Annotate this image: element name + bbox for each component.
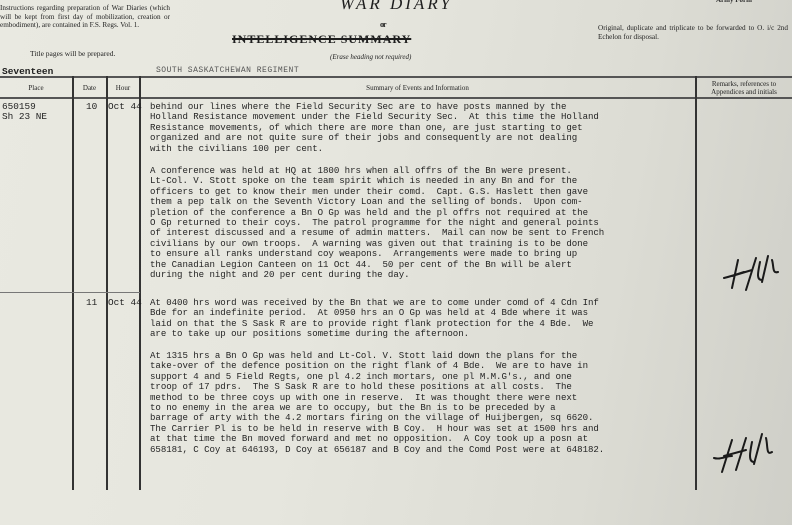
col-header-date: Date bbox=[73, 78, 106, 98]
col-divider-place bbox=[72, 76, 74, 490]
erase-note: (Erase heading not required) bbox=[330, 53, 411, 61]
entry-date: 11 bbox=[86, 298, 97, 308]
title-pages-note: Title pages will be prepared. bbox=[30, 49, 115, 58]
entry-month-year: Oct 44 bbox=[108, 102, 142, 112]
col-header-place: Place bbox=[0, 78, 72, 98]
summary-paragraph: A conference was held at HQ at 1800 hrs … bbox=[150, 166, 695, 280]
instructions-note: Instructions regarding preparation of Wa… bbox=[0, 4, 170, 30]
unit-name: SOUTH SASKATCHEWAN REGIMENT bbox=[156, 66, 299, 75]
col-header-hour: Hour bbox=[107, 78, 139, 98]
col-divider-hour bbox=[139, 76, 141, 490]
col-divider-date bbox=[106, 76, 108, 490]
page-title: WAR DIARY bbox=[340, 0, 453, 14]
entry-month-year: Oct 44 bbox=[108, 298, 142, 308]
struck-heading: INTELLIGENCE SUMMARY bbox=[232, 32, 411, 47]
summary-paragraph: behind our lines where the Field Securit… bbox=[150, 102, 695, 154]
distribution-note: Original, duplicate and triplicate to be… bbox=[598, 24, 788, 42]
initials-signature-icon bbox=[722, 252, 788, 296]
struck-or-mark: or bbox=[380, 20, 386, 29]
form-label: Army Form bbox=[716, 0, 752, 4]
col-header-summary: Summary of Events and Information bbox=[140, 78, 695, 98]
place-map-sheet: Sh 23 NE bbox=[2, 112, 47, 122]
initials-signature-icon bbox=[712, 430, 782, 478]
col-divider-summary bbox=[695, 76, 697, 490]
entry-date: 10 bbox=[86, 102, 97, 112]
row-divider bbox=[0, 292, 140, 293]
summary-paragraph: At 0400 hrs word was received by the Bn … bbox=[150, 298, 695, 340]
col-header-remarks: Remarks, references to Appendices and in… bbox=[698, 78, 790, 98]
summary-paragraph: At 1315 hrs a Bn O Gp was held and Lt-Co… bbox=[150, 351, 695, 455]
